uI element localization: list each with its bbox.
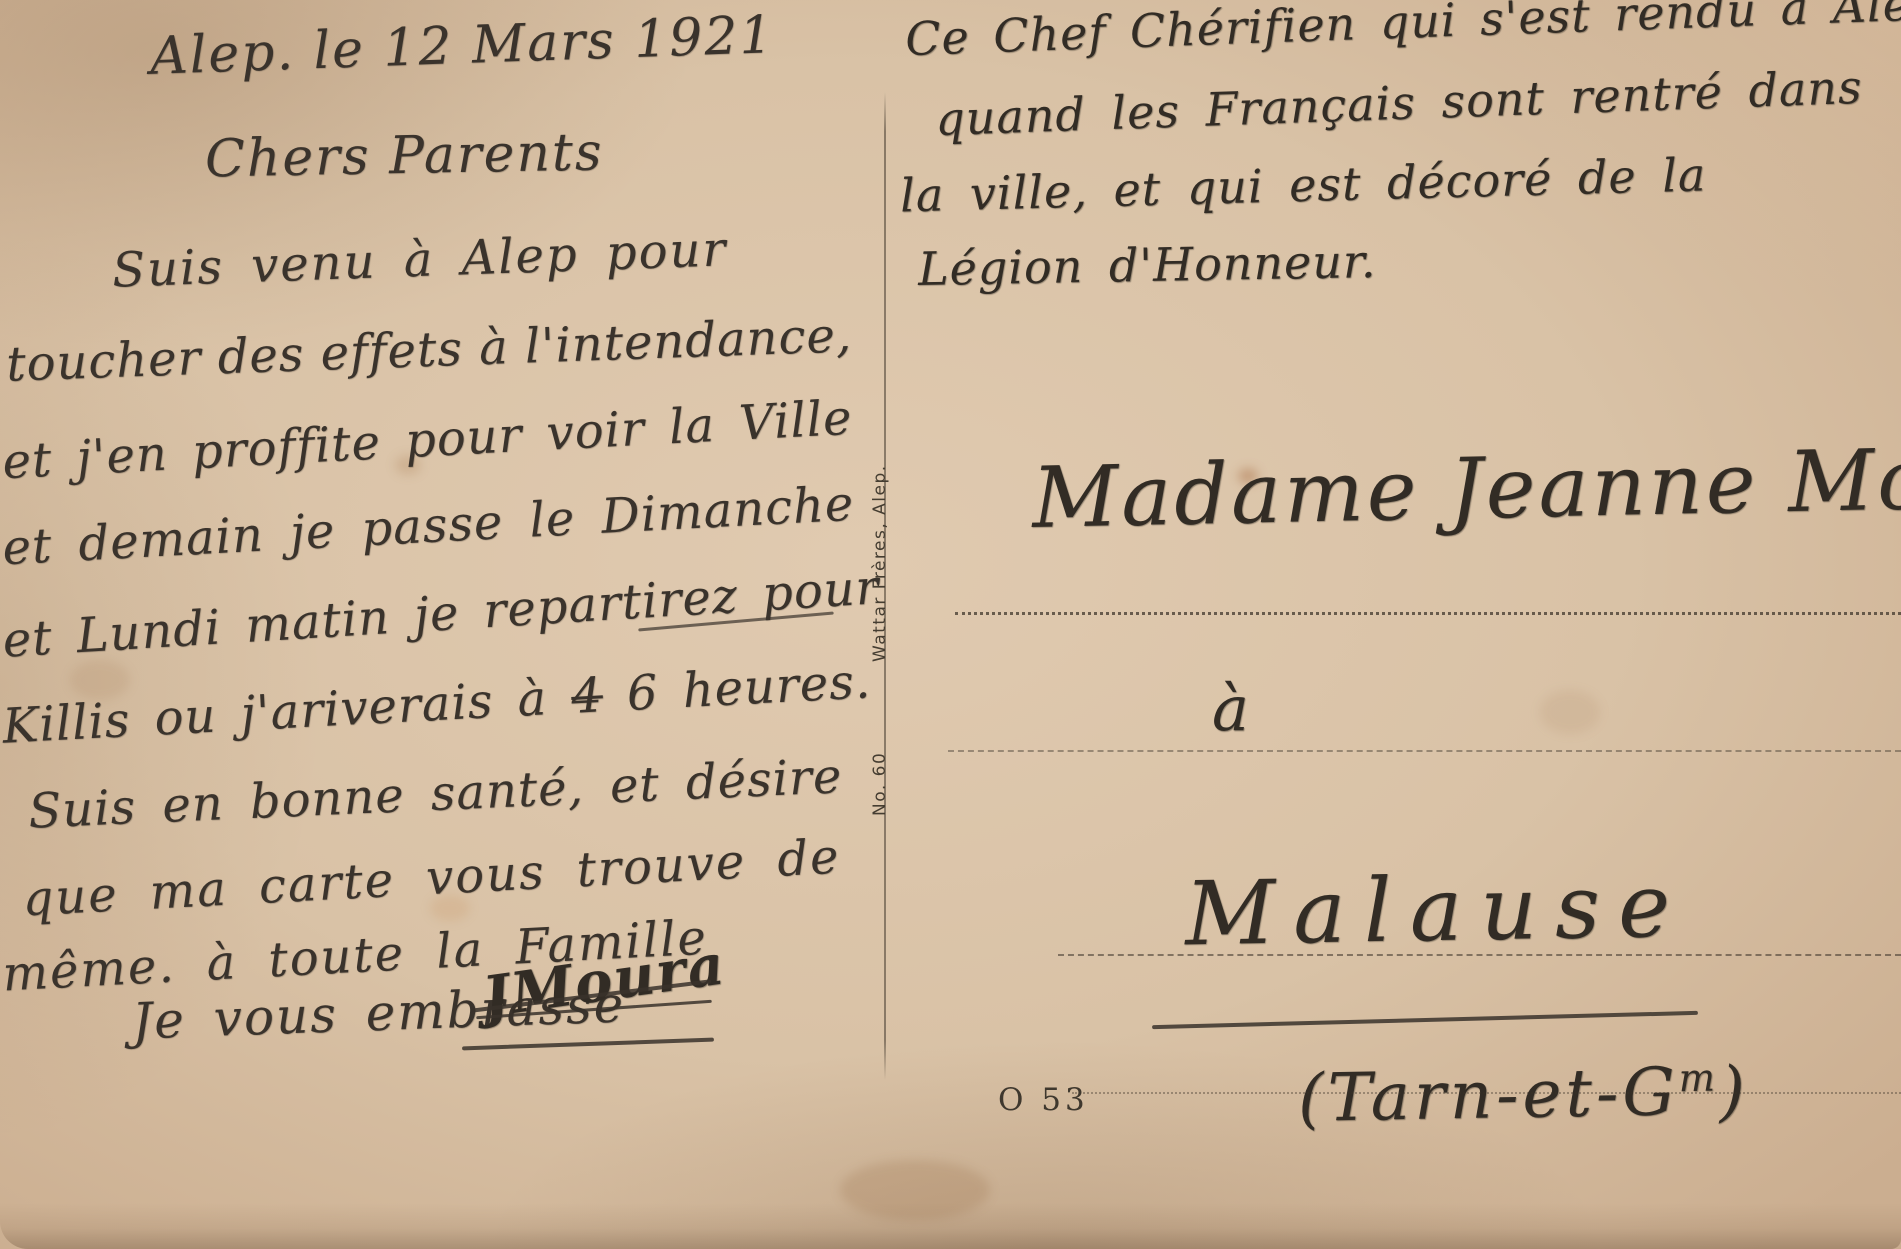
- message-line: et demain je passe le Dimanche: [1, 476, 855, 577]
- message-line: toucher des effets à l'intendance,: [5, 307, 853, 392]
- paper-stain: [1540, 690, 1600, 734]
- address-line-1: [955, 612, 1901, 615]
- salutation: Chers Parents: [205, 123, 604, 190]
- message-line-fragment: 6 heures.: [601, 653, 872, 723]
- message-line: la ville, et qui est décoré de la: [899, 147, 1707, 222]
- signature-underline: [462, 1038, 714, 1051]
- department-fragment: (Tarn-et-G: [1297, 1053, 1679, 1137]
- message-line: Killis ou j'ariverais à 4 6 heures.: [1, 653, 872, 754]
- message-line: quand les Français sont rentré dans: [934, 60, 1863, 146]
- card-bottom-edge: [0, 1203, 1901, 1249]
- message-line: Suis en bonne santé, et désire: [27, 748, 843, 839]
- message-line: et Lundi matin je repartirez pour: [1, 559, 881, 669]
- message-line: Suis venu à Alep pour: [111, 221, 728, 298]
- plate-code: O 53: [998, 1082, 1089, 1118]
- address-recipient: Madame Jeanne Moura: [1031, 427, 1901, 547]
- address-line-2: [948, 750, 1901, 752]
- struck-digit: 4: [570, 667, 604, 725]
- address-line-4: [1072, 1092, 1901, 1094]
- postcard-back: Wattar Frères, Alep. No. 60 Alep. le 12 …: [0, 0, 1901, 1249]
- place-date-line: Alep. le 12 Mars 1921: [149, 5, 775, 87]
- department-fragment: ): [1719, 1052, 1750, 1130]
- message-line: et j'en proffite pour voir la Ville: [1, 390, 854, 490]
- address-town: Malause: [1184, 854, 1689, 966]
- message-line: Légion d'Honneur.: [918, 234, 1377, 296]
- series-number-imprint: No. 60: [870, 752, 890, 816]
- department-superscript: m: [1678, 1056, 1719, 1102]
- message-line: Ce Chef Chérifien qui s'est rendu à Alep: [904, 0, 1901, 66]
- address-line-3: [1058, 954, 1901, 956]
- town-underline: [1152, 1011, 1698, 1029]
- address-department: (Tarn-et-Gm): [1297, 1052, 1749, 1137]
- address-preposition: à: [1212, 672, 1249, 745]
